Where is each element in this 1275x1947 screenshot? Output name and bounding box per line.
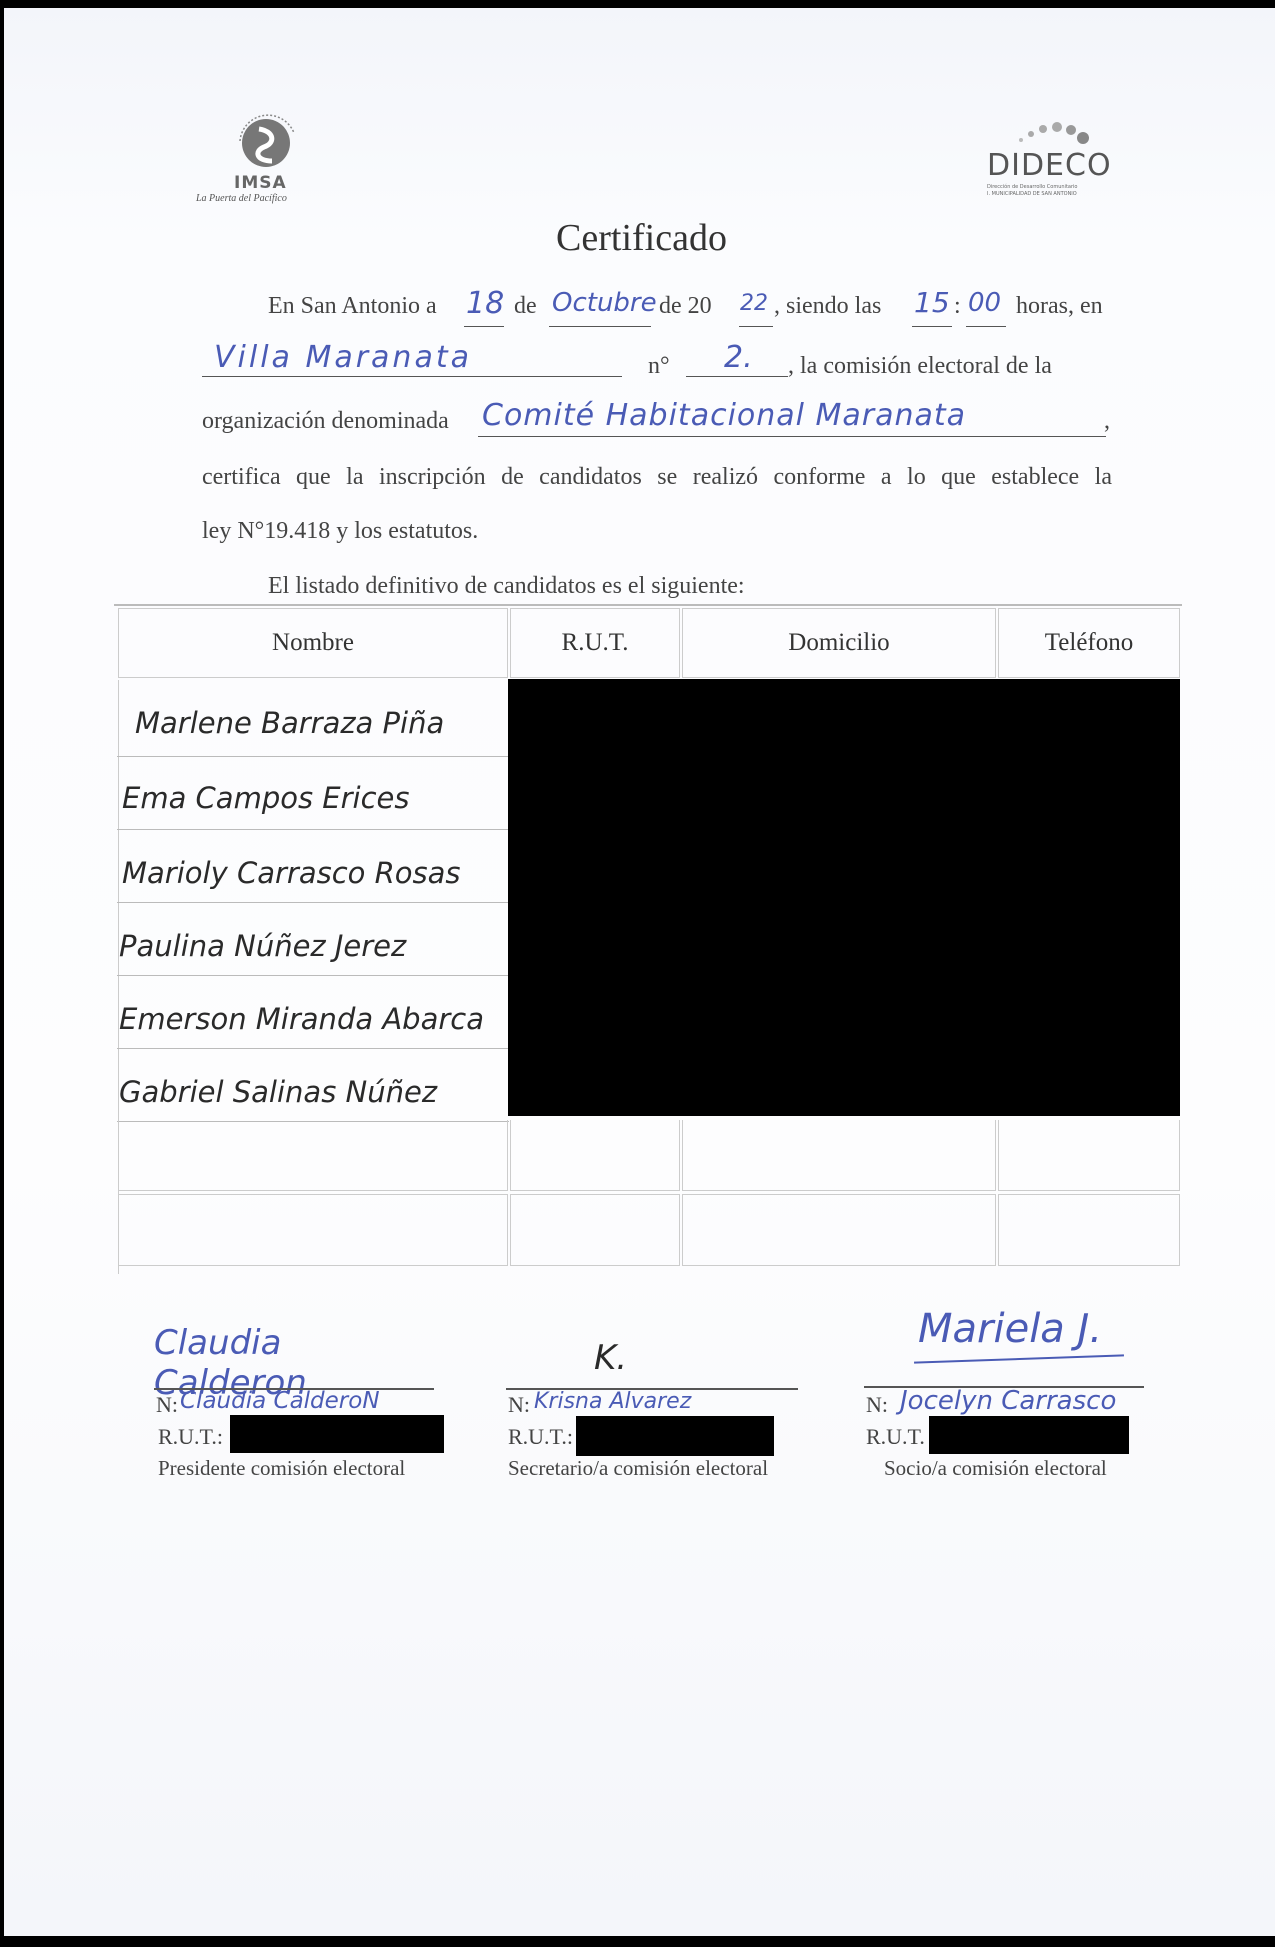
day-field: 18	[466, 286, 504, 321]
line1-siendo: , siendo las	[774, 293, 881, 320]
signature-socio: Mariela J.	[904, 1298, 1154, 1378]
rut-label: R.U.T.:	[508, 1424, 573, 1450]
month-field: Octubre	[552, 288, 657, 318]
rut-redaction	[576, 1416, 774, 1456]
candidate-name: Marioly Carrasco Rosas	[122, 856, 460, 890]
line3-prefix: organización denominada	[202, 408, 449, 435]
candidate-name: Marlene Barraza Piña	[135, 706, 444, 740]
signature-secretario: K.	[564, 1338, 684, 1388]
table-row: Gabriel Salinas Núñez	[117, 1053, 509, 1122]
name-label: N:	[508, 1392, 530, 1418]
rut-redaction	[929, 1416, 1129, 1454]
empty-row-cell	[682, 1120, 996, 1191]
secretario-name: Krisna Alvarez	[534, 1389, 691, 1414]
line5-text: ley N°19.418 y los estatutos.	[202, 518, 478, 545]
empty-row-cell	[118, 1194, 508, 1266]
line4-text: certifica que la inscripción de candidat…	[202, 464, 1112, 491]
role-label: Presidente comisión electoral	[158, 1456, 405, 1481]
role-label: Socio/a comisión electoral	[884, 1456, 1107, 1481]
number-label: n°	[648, 353, 670, 380]
page-title: Certificado	[4, 216, 1275, 260]
line6-text: El listado definitivo de candidatos es e…	[268, 573, 745, 600]
empty-row-cell	[510, 1194, 680, 1266]
number-field: 2.	[724, 340, 753, 375]
header-rut: R.U.T.	[510, 608, 680, 678]
signature-scribble: K.	[594, 1338, 627, 1378]
socio-name: Jocelyn Carrasco	[900, 1386, 1116, 1416]
organization-field: Comité Habitacional Maranata	[482, 398, 966, 433]
time-colon: :	[954, 293, 961, 320]
line1-de1: de	[514, 293, 537, 320]
redaction-block	[508, 679, 1180, 1116]
line1-prefix: En San Antonio a	[268, 293, 437, 320]
signature-underline	[914, 1354, 1124, 1363]
dideco-subtitle-2: I. MUNICIPALIDAD DE SAN ANTONIO	[987, 191, 1077, 197]
table-row: Paulina Núñez Jerez	[117, 907, 509, 976]
candidate-name: Emerson Miranda Abarca	[119, 1002, 484, 1036]
header-telefono: Teléfono	[998, 608, 1180, 678]
year-field: 22	[740, 291, 768, 316]
empty-row-cell	[998, 1194, 1180, 1266]
table-row: Marlene Barraza Piña	[117, 688, 509, 757]
signature-presidente: Claudia Calderon	[154, 1293, 434, 1388]
minute-field: 00	[968, 288, 1001, 318]
header-domicilio: Domicilio	[682, 608, 996, 678]
empty-row-cell	[118, 1120, 508, 1191]
line1-de2: de 20	[659, 293, 712, 320]
presidente-name: Claudia CalderoN	[180, 1388, 380, 1414]
empty-row-cell	[682, 1194, 996, 1266]
header-nombre: Nombre	[118, 608, 508, 678]
imsa-tagline: La Puerta del Pacífico	[196, 193, 287, 204]
candidate-name: Gabriel Salinas Núñez	[119, 1075, 437, 1109]
dideco-name: DIDECO	[987, 148, 1112, 183]
empty-row-cell	[510, 1120, 680, 1191]
candidate-name: Paulina Núñez Jerez	[119, 929, 406, 963]
name-label: N:	[156, 1392, 178, 1418]
empty-row-cell	[998, 1120, 1180, 1191]
table-top-border	[114, 604, 1182, 606]
name-label: N:	[866, 1392, 888, 1418]
rut-redaction	[230, 1415, 444, 1453]
table-row: Emerson Miranda Abarca	[117, 980, 509, 1049]
table-row: Marioly Carrasco Rosas	[117, 834, 509, 903]
line1-suffix: horas, en	[1016, 293, 1103, 320]
candidate-name: Ema Campos Erices	[122, 781, 410, 815]
table-row: Ema Campos Erices	[117, 761, 509, 830]
document-page: IMSA La Puerta del Pacífico DIDECO Direc…	[4, 8, 1275, 1936]
rut-label: R.U.T.:	[158, 1424, 223, 1450]
role-label: Secretario/a comisión electoral	[508, 1456, 768, 1481]
line2-suffix: , la comisión electoral de la	[788, 353, 1052, 380]
imsa-acronym: IMSA	[234, 173, 287, 193]
place-field: Villa Maranata	[214, 340, 472, 375]
dideco-logo: DIDECO Dirección de Desarrollo Comunitar…	[979, 118, 1119, 203]
dideco-subtitle-1: Dirección de Desarrollo Comunitario	[987, 184, 1077, 190]
hour-field: 15	[914, 286, 950, 319]
line3-suffix: ,	[1104, 408, 1110, 435]
imsa-logo: IMSA La Puerta del Pacífico	[204, 103, 344, 213]
rut-label: R.U.T.	[866, 1424, 925, 1450]
signature-scribble: Mariela J.	[918, 1306, 1102, 1352]
